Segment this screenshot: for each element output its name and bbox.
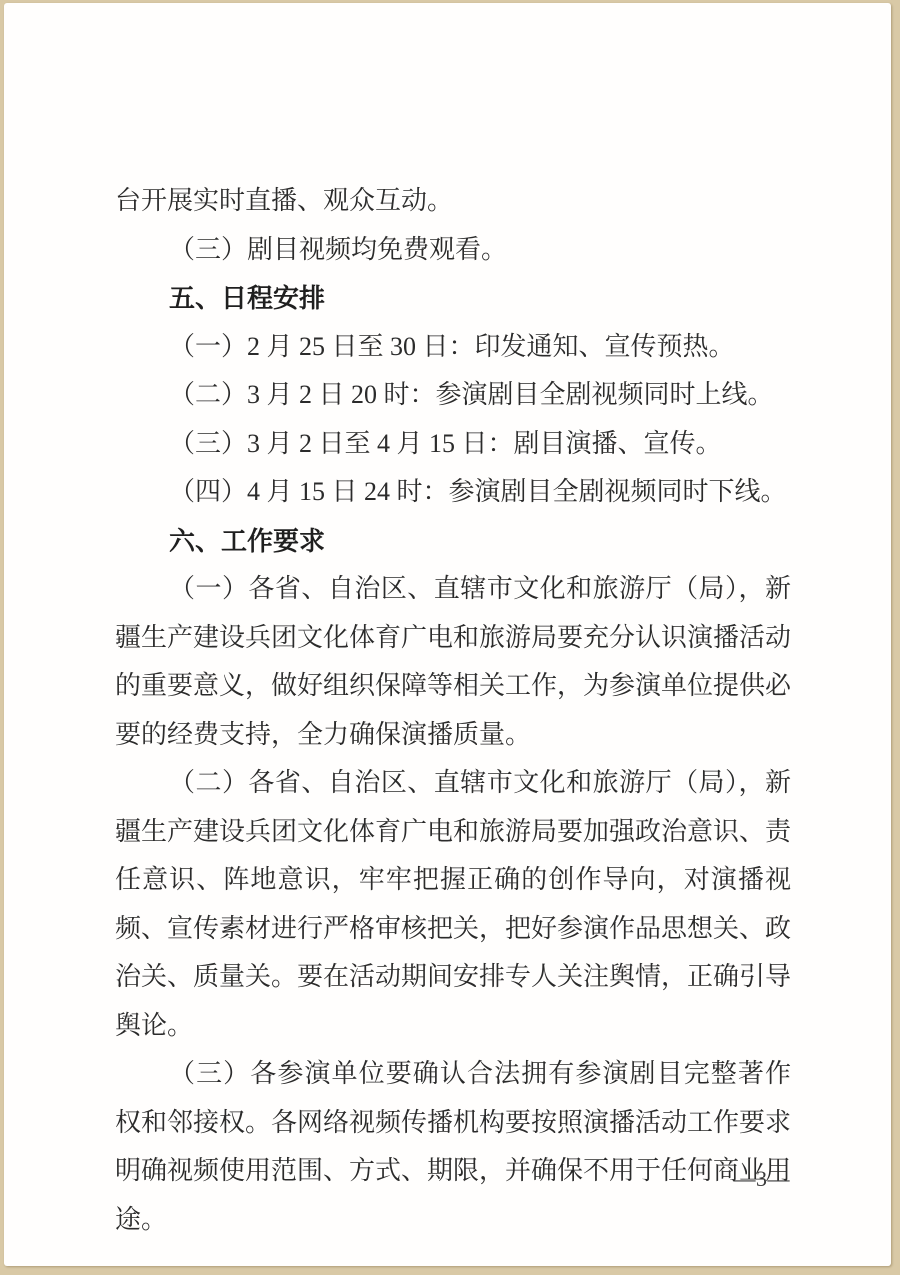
paragraph-continuation: 台开展实时直播、观众互动。 [115, 177, 791, 226]
schedule-item-1: （一）2 月 25 日至 30 日：印发通知、宣传预热。 [115, 323, 791, 372]
list-item-free-viewing: （三）剧目视频均免费观看。 [115, 226, 791, 275]
requirement-paragraph-2: （二）各省、自治区、直辖市文化和旅游厅（局），新疆生产建设兵团文化体育广电和旅游… [115, 759, 791, 1050]
schedule-item-2: （二）3 月 2 日 20 时：参演剧目全剧视频同时上线。 [115, 371, 791, 420]
document-body: 台开展实时直播、观众互动。 （三）剧目视频均免费观看。 五、日程安排 （一）2 … [115, 177, 791, 1244]
document-page: 台开展实时直播、观众互动。 （三）剧目视频均免费观看。 五、日程安排 （一）2 … [4, 3, 891, 1266]
section-heading-requirements: 六、工作要求 [115, 517, 791, 566]
requirement-paragraph-1: （一）各省、自治区、直辖市文化和旅游厅（局），新疆生产建设兵团文化体育广电和旅游… [115, 565, 791, 759]
section-heading-schedule: 五、日程安排 [115, 274, 791, 323]
requirement-paragraph-3: （三）各参演单位要确认合法拥有参演剧目完整著作权和邻接权。各网络视频传播机构要按… [115, 1050, 791, 1244]
schedule-item-3: （三）3 月 2 日至 4 月 15 日：剧目演播、宣传。 [115, 420, 791, 469]
page-number: —3— [734, 1165, 791, 1193]
schedule-item-4: （四）4 月 15 日 24 时：参演剧目全剧视频同时下线。 [115, 468, 791, 517]
